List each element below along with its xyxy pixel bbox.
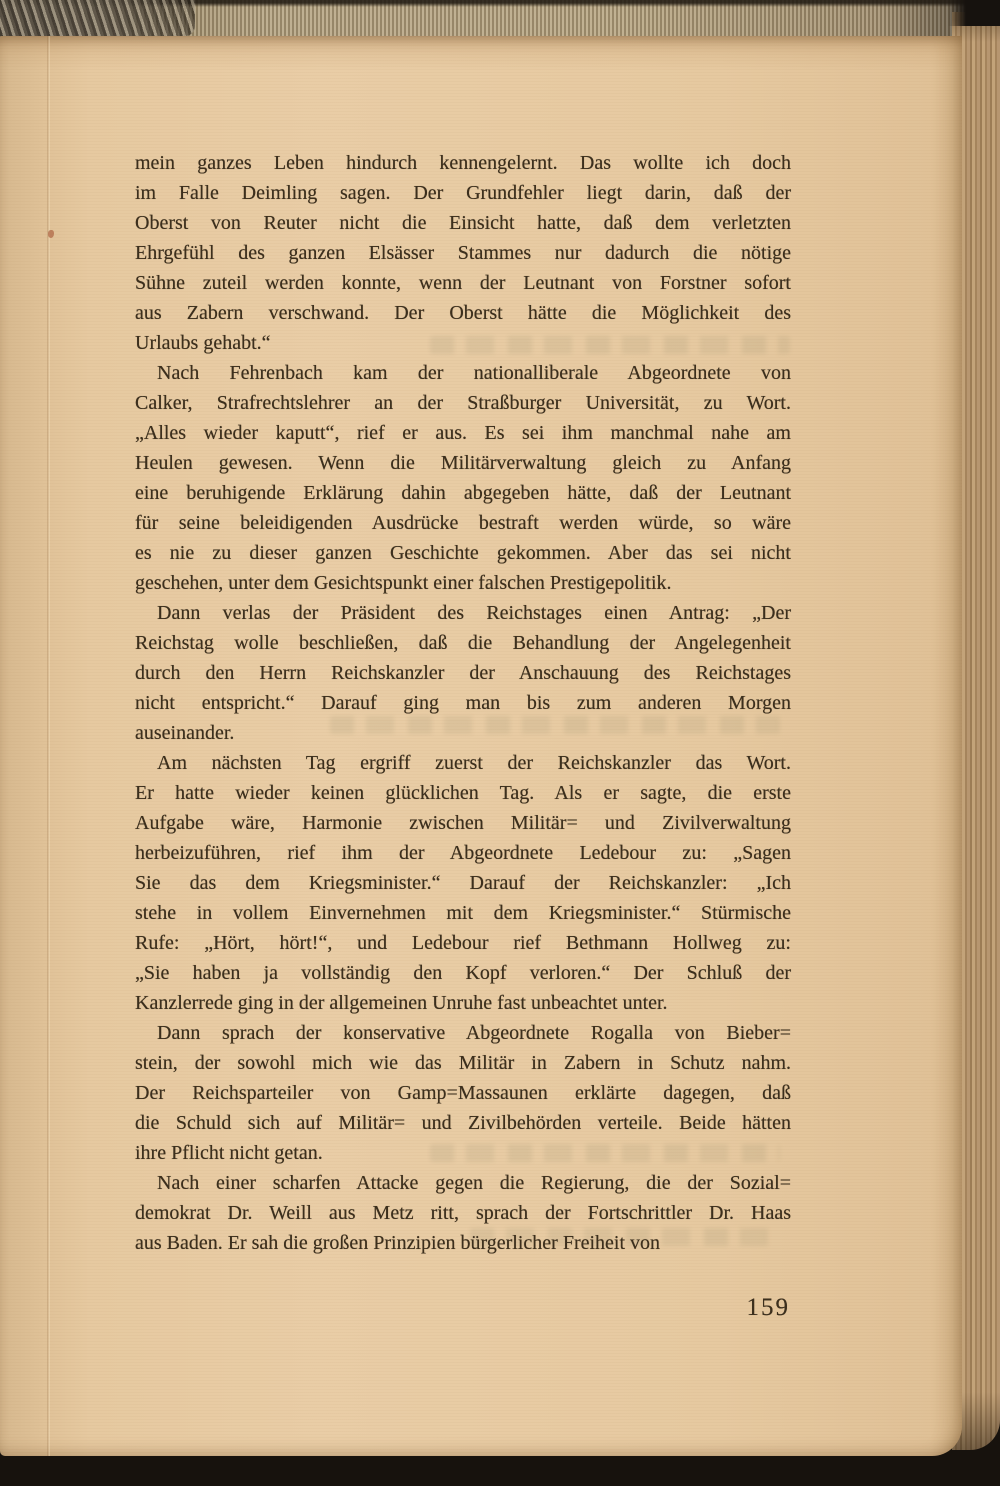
background-corner	[948, 0, 1000, 26]
text-line: Reichstag wolle beschließen, daß die Beh…	[135, 628, 791, 658]
text-line: Er hatte wieder keinen glücklichen Tag. …	[135, 778, 791, 808]
gutter-crease	[47, 36, 50, 1456]
text-line: aus Baden. Er sah die großen Prinzipien …	[135, 1228, 791, 1258]
text-block: mein ganzes Leben hindurch kennengelernt…	[135, 148, 791, 1258]
text-line: Der Reichsparteiler von Gamp=Massaunen e…	[135, 1078, 791, 1108]
text-line: durch den Herrn Reichskanzler der Anscha…	[135, 658, 791, 688]
text-line: Am nächsten Tag ergriff zuerst der Reich…	[135, 748, 791, 778]
text-line: demokrat Dr. Weill aus Metz ritt, sprach…	[135, 1198, 791, 1228]
headband-threads	[0, 0, 195, 36]
text-line: ihre Pflicht nicht getan.	[135, 1138, 791, 1168]
text-line: Nach einer scharfen Attacke gegen die Re…	[135, 1168, 791, 1198]
text-line: auseinander.	[135, 718, 791, 748]
text-line: Heulen gewesen. Wenn die Militärverwaltu…	[135, 448, 791, 478]
text-line: „Alles wieder kaputt“, rief er aus. Es s…	[135, 418, 791, 448]
text-line: Rufe: „Hört, hört!“, und Ledebour rief B…	[135, 928, 791, 958]
text-line: stehe in vollem Einvernehmen mit dem Kri…	[135, 898, 791, 928]
text-line: Calker, Strafrechtslehrer an der Straßbu…	[135, 388, 791, 418]
text-line: geschehen, unter dem Gesichtspunkt einer…	[135, 568, 791, 598]
text-line: herbeizuführen, rief ihm der Abgeordnete…	[135, 838, 791, 868]
text-line: die Schuld sich auf Militär= und Zivilbe…	[135, 1108, 791, 1138]
text-line: „Sie haben ja vollständig den Kopf verlo…	[135, 958, 791, 988]
text-line: Dann verlas der Präsident des Reichstage…	[135, 598, 791, 628]
book-scan: mein ganzes Leben hindurch kennengelernt…	[0, 0, 1000, 1486]
text-line: Aufgabe wäre, Harmonie zwischen Militär=…	[135, 808, 791, 838]
text-line: aus Zabern verschwand. Der Oberst hätte …	[135, 298, 791, 328]
text-line: Sühne zuteil werden konnte, wenn der Leu…	[135, 268, 791, 298]
text-line: Urlaubs gehabt.“	[135, 328, 791, 358]
text-line: für seine beleidigenden Ausdrücke bestra…	[135, 508, 791, 538]
paper-speck	[48, 230, 54, 238]
text-line: Nach Fehrenbach kam der nationalliberale…	[135, 358, 791, 388]
text-line: Kanzlerrede ging in der allgemeinen Unru…	[135, 988, 791, 1018]
text-line: es nie zu dieser ganzen Geschichte gekom…	[135, 538, 791, 568]
text-line: eine beruhigende Erklärung dahin abgegeb…	[135, 478, 791, 508]
text-line: im Falle Deimling sagen. Der Grundfehler…	[135, 178, 791, 208]
page-number: 159	[640, 1294, 790, 1322]
text-line: Ehrgefühl des ganzen Elsässer Stammes nu…	[135, 238, 791, 268]
text-line: nicht entspricht.“ Darauf ging man bis z…	[135, 688, 791, 718]
text-line: stein, der sowohl mich wie das Militär i…	[135, 1048, 791, 1078]
text-line: Sie das dem Kriegsminister.“ Darauf der …	[135, 868, 791, 898]
text-line: Oberst von Reuter nicht die Einsicht hat…	[135, 208, 791, 238]
book-page: mein ganzes Leben hindurch kennengelernt…	[0, 36, 962, 1456]
text-line: Dann sprach der konservative Abgeordnete…	[135, 1018, 791, 1048]
text-line: mein ganzes Leben hindurch kennengelernt…	[135, 148, 791, 178]
